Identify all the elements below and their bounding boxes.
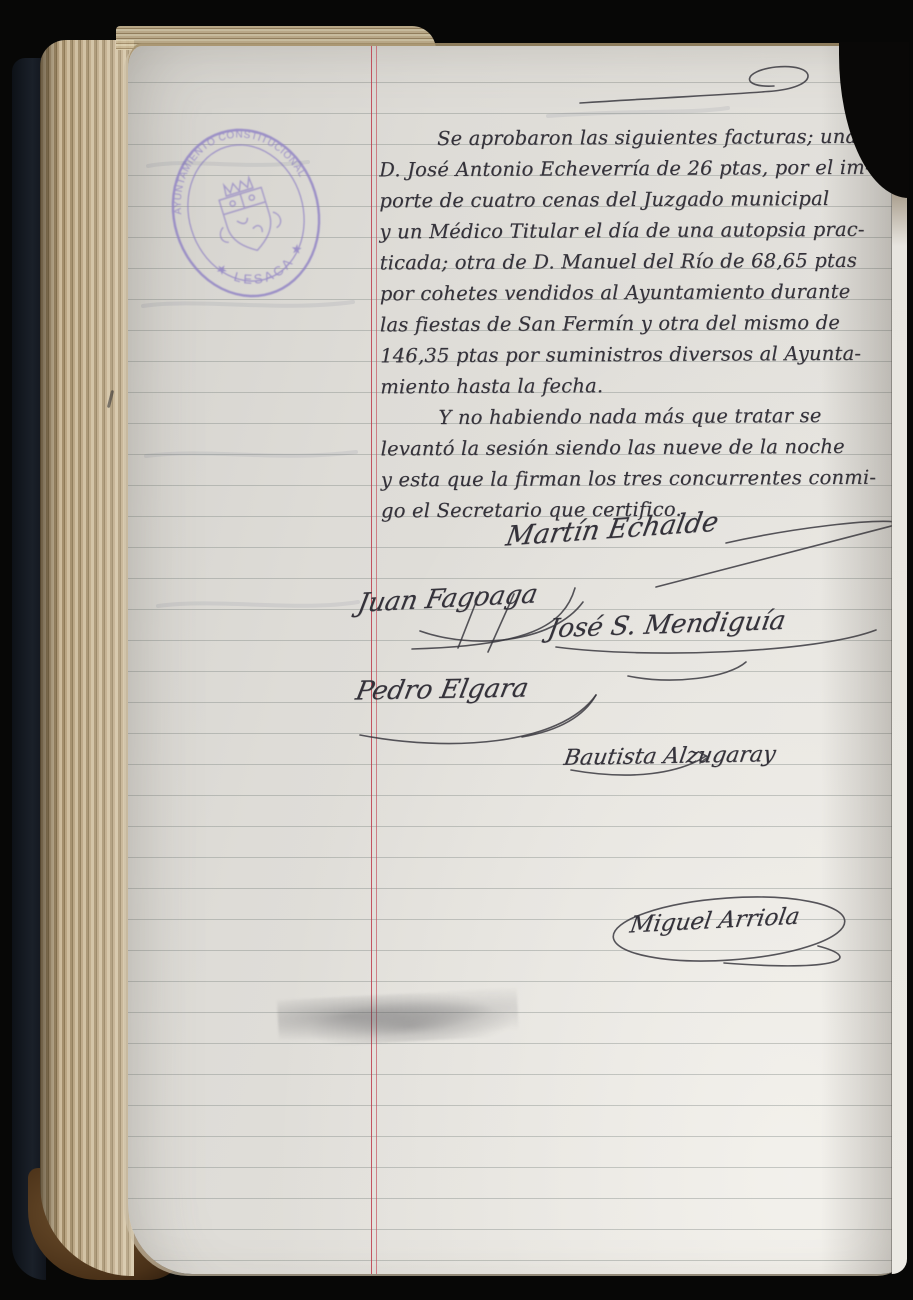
signature-attendee: Pedro Elgara [353, 673, 531, 706]
signature-attendee: Bautista Alzugaray [562, 742, 777, 771]
next-page-edge [892, 46, 907, 1274]
ledger-page: AYUNTAMIENTO CONSTITUCIONAL ★ LESACA ★ [128, 46, 907, 1274]
coat-of-arms-icon [207, 172, 288, 259]
opening-flourish [580, 67, 808, 103]
signature-attendee: José S. Mendiguía [545, 606, 788, 644]
ledger-photograph: AYUNTAMIENTO CONSTITUCIONAL ★ LESACA ★ [0, 0, 913, 1300]
signature-attendee: Juan Fagoaga [355, 579, 540, 619]
signature-final: Miguel Arriola [628, 903, 802, 938]
pencil-smudge [277, 988, 519, 1048]
page-edge-stack-left [40, 40, 134, 1276]
gutter-shadow [821, 46, 893, 1274]
municipal-stamp: AYUNTAMIENTO CONSTITUCIONAL ★ LESACA ★ [143, 104, 348, 321]
red-margin-rule [371, 46, 377, 1274]
